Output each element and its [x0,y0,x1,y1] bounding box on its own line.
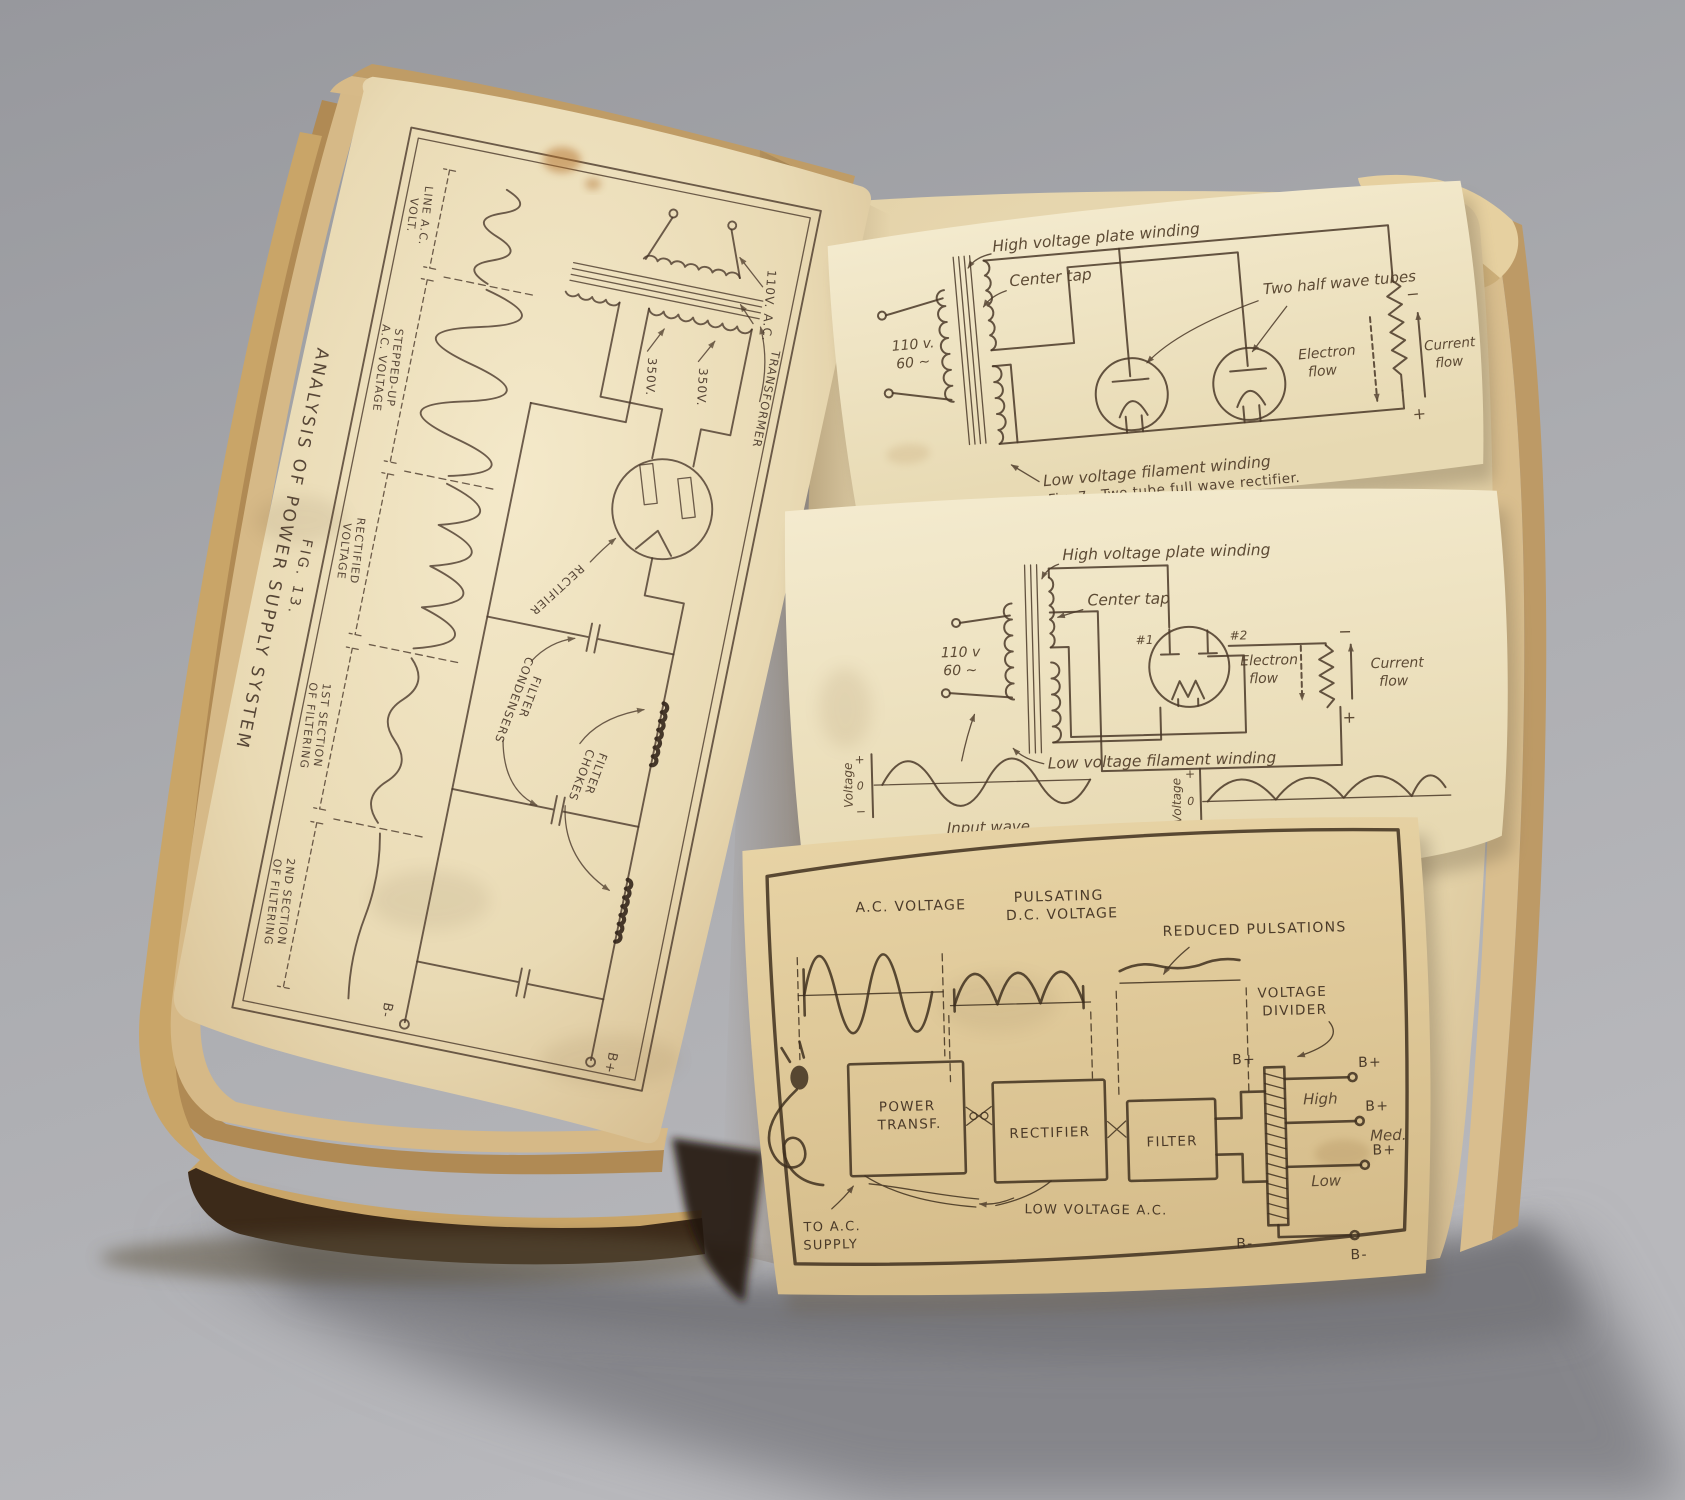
fig6-current-1: Current [1370,655,1424,672]
fig6-input-voltage-axis: Voltage [841,762,856,808]
fig7-electron-2: flow [1307,362,1338,381]
block-high: High [1303,1090,1338,1109]
block-divider-label-2: DIVIDER [1262,1002,1327,1020]
fig6-input-60: 60 ~ [943,662,977,679]
fig6-input-minus: − [856,804,866,818]
fig6-minus-load: − [1338,622,1352,641]
fig13-350v-bottom: 350V. [643,357,659,397]
fig6-plus-load: + [1342,708,1356,727]
block-rectifier-label: RECTIFIER [1009,1124,1090,1142]
fig6-current-2: flow [1379,673,1409,690]
photo-open-scrapbook: 110V. A.C. 350V. 350V. TRANSFORMER RECTI… [0,0,1685,1500]
block-to-ac-2: SUPPLY [803,1237,858,1253]
block-pulsating-1: PULSATING [1014,888,1104,906]
block-low-voltage-ac: LOW VOLTAGE A.C. [1024,1202,1167,1218]
block-low: Low [1311,1171,1342,1190]
fig6-center-tap-label: Center tap [1087,589,1170,609]
fig7-plus: + [1412,404,1427,424]
block-bplus-high: B+ [1358,1054,1382,1071]
block-divider-label-1: VOLTAGE [1257,984,1327,1002]
fig6-output-zero: 0 [1187,795,1194,808]
fig7-minus: − [1405,284,1420,304]
block-power-label-2: TRANSF. [876,1116,941,1134]
fig6-electron-2: flow [1249,671,1279,688]
block-power-label-1: POWER [879,1098,936,1115]
fig7-input-60: 60 ~ [896,354,931,373]
fig13-350v-top: 350V. [694,368,710,408]
block-to-ac-1: TO A.C. [802,1219,861,1236]
block-bplus-med: B+ [1365,1098,1389,1115]
fig6-plate2: #2 [1229,628,1247,642]
block-bplus-top: B+ [1232,1052,1256,1069]
fig6-electron-1: Electron [1240,652,1298,670]
sheet-block-diagram: A.C. VOLTAGE PULSATING D.C. VOLTAGE REDU… [742,814,1447,1320]
fig6-input-plus: + [854,752,864,766]
block-pulsating-2: D.C. VOLTAGE [1006,905,1119,924]
block-bminus-right: B- [1350,1247,1368,1263]
block-ac-voltage-label: A.C. VOLTAGE [855,897,966,916]
fig7-current-2: flow [1435,353,1465,371]
fig6-output-voltage-axis: Voltage [1169,778,1184,824]
block-bminus-left: B- [1236,1236,1254,1252]
fig6-output-plus: + [1185,767,1195,781]
block-bplus-low: B+ [1372,1142,1396,1159]
fig6-input-110v: 110 v [941,644,982,661]
book: 110V. A.C. 350V. 350V. TRANSFORMER RECTI… [100,64,1546,1320]
block-filter-label: FILTER [1146,1133,1198,1150]
fig13-bminus: B- [377,1001,395,1019]
fig6-input-zero: 0 [857,779,864,792]
fig6-plate1: #1 [1136,633,1154,647]
